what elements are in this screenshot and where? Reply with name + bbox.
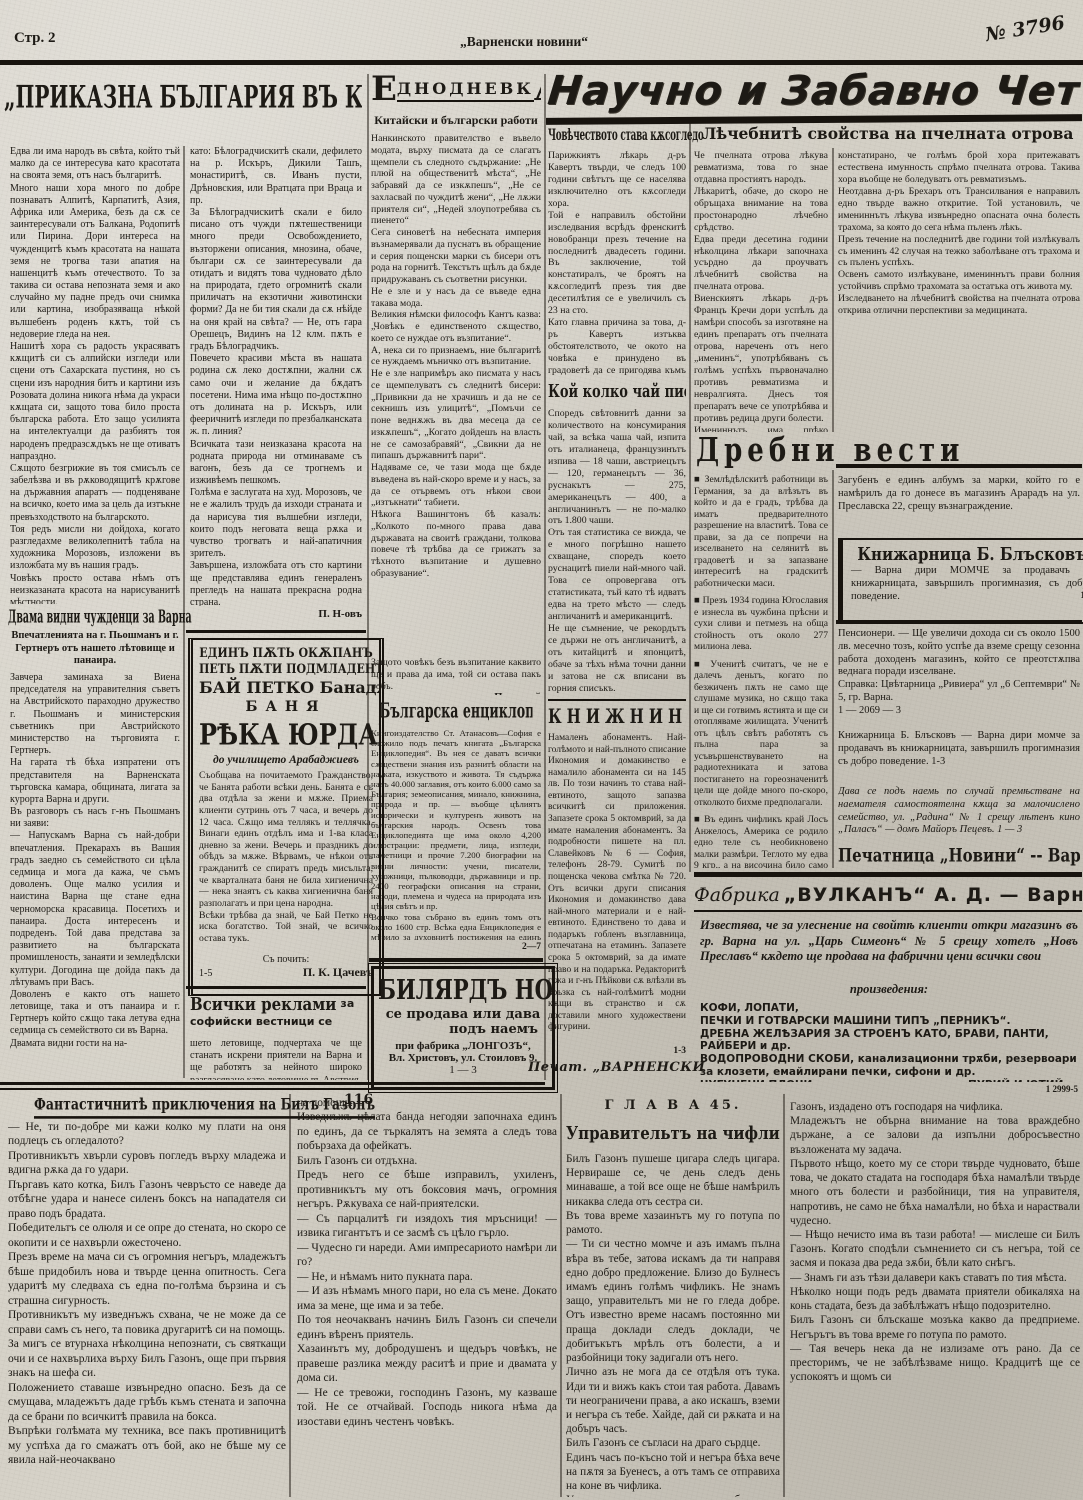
- ad-name: БАЙ ПЕТКО Банаджията: [199, 678, 373, 697]
- ad-body: Съобщава на почитаемото Гражданство, че …: [199, 770, 373, 954]
- serial-rule-top: [0, 1082, 545, 1085]
- notice-lead: Всички реклами: [190, 993, 336, 1015]
- ednodnevka-byline: Прометей: [371, 692, 541, 695]
- ad-run-tag: 1-5: [199, 968, 212, 979]
- ad-closing: Съ почить:: [199, 954, 373, 965]
- section-rule: [836, 464, 1082, 468]
- column-rule: [544, 74, 546, 1080]
- ad-signature: П. К. Цачевъ: [303, 965, 373, 980]
- ednodnevka-body: Нанкинското правителство е въвело модата…: [371, 133, 541, 655]
- ad-slogan-line-1: ЕДИНЪ ПѪТЬ ОКѪПАНЪ: [199, 645, 373, 661]
- ednodnevka-header: Е ДНОДНЕВК А: [371, 72, 541, 114]
- ad-title-reka-yurdan: РѢКА ЮРДАНЪ: [199, 717, 373, 752]
- section-rule: [694, 872, 1082, 877]
- column-rule: [832, 148, 834, 432]
- ednodnevka-mid: ДНОДНЕВК: [397, 79, 534, 102]
- ednodnevka-final: А: [534, 72, 541, 106]
- ad-title: „ВУЛКАНЪ“ А. Д. — Варна: [784, 884, 1082, 906]
- ad-slogan-line-2: ПЕТЬ ПѪТИ ПОДМЛАДЕНЪ: [199, 661, 373, 677]
- ad-title: БИЛЯРДЪ НОВЪ: [378, 973, 548, 1006]
- article-title: „ПРИКАЗНА БЪЛГАРИЯ ВЪ КАРТИНИ“: [4, 78, 362, 115]
- section-rule: [186, 986, 366, 989]
- article-title: Човѣчеството става кѫсогледо: [548, 126, 704, 145]
- column-rule: [689, 122, 691, 872]
- ad-line-2: се продава или дава: [378, 1007, 548, 1022]
- article-body: Книгоиздателство Ст. Атанасовъ—София е с…: [371, 728, 541, 940]
- section-rule: [186, 630, 366, 633]
- ednodnevka-initial: Е: [371, 72, 397, 106]
- ad-run-tag: 1-3: [548, 1046, 686, 1056]
- news-brief-item: ■ Въ единъ чифликъ край Лосъ Анжелосъ, А…: [694, 814, 828, 868]
- ad-line-3: подъ наемъ: [378, 1022, 548, 1037]
- section-rule: [836, 620, 1082, 624]
- pechatnica-novini-line: Печатница „Новини“ -- Варна: [838, 844, 1080, 867]
- article-title: Двама видни чужденци за Варна: [8, 606, 192, 627]
- article-body: Парижкиятъ лѣкарь д-ръ Кавертъ твърди, ч…: [548, 150, 686, 378]
- serial-column-2: на помощь. Изведнъжъ цѣлата банда негодя…: [297, 1096, 557, 1497]
- article-column-2: констатирано, че голѣмъ брой хора притеж…: [838, 150, 1080, 432]
- serial-chapter-title: Управительтъ на чифлика: [566, 1122, 780, 1144]
- ad-banya-word: БАНЯ: [199, 699, 373, 715]
- section-rule: [369, 958, 543, 962]
- ednodnevka-last-line: Защото човѣкъ безъ възпитание каквито ще…: [371, 657, 541, 692]
- column-rule: [783, 1094, 785, 1497]
- ad-title: Книжарница Б. Блъсковъ: [851, 543, 1083, 565]
- serial-column-4: Газонъ, издадено отъ господаря на чифлик…: [790, 1100, 1080, 1497]
- header-rule: [0, 60, 1083, 65]
- issue-number: № 3796: [984, 12, 1067, 46]
- section-banner-nauchno-zabavno-chetivo: Научно и Забавно Четиво: [546, 68, 1083, 114]
- ad-address: до училището Арабаджиевъ: [199, 754, 373, 766]
- ad-line-5: Вл. Христовъ, ул. Стоиловъ 9.: [378, 1052, 548, 1064]
- ad-run-tag: 1 — 3: [378, 1064, 548, 1076]
- ad-line-4: при фабрика „ЛОНГОЗЪ“,: [378, 1040, 548, 1052]
- column-rule: [560, 1094, 562, 1497]
- ad-intro-2: произведения:: [700, 982, 1078, 997]
- article-title: Лѣчебнитѣ свойства на пчелната отрова: [694, 124, 1082, 143]
- article-continuation: шето летовище, подчертаха че ще станатъ …: [190, 1038, 362, 1080]
- article-column-2: като: Бѣлоградчискитѣ скали, дефилето на…: [190, 146, 362, 606]
- column-rule: [832, 470, 834, 868]
- article-body: Споредъ свѣтовнитѣ данни за количеството…: [548, 408, 686, 694]
- column-rule: [289, 1094, 291, 1497]
- section-rule: [548, 699, 686, 701]
- serial-rule-bottom: [0, 1088, 545, 1090]
- page-number-label: Стр. 2: [14, 30, 56, 47]
- section-body: Намаленъ абонаментъ. Най-голѣмото и най-…: [548, 733, 686, 1047]
- news-briefs-list: ■ Землѣдѣлскитѣ работници въ Германия, з…: [694, 474, 828, 868]
- ad-title-prefix: Фабрика: [694, 884, 780, 906]
- article-column-1: Едва ли има народъ въ свѣта, който тъй м…: [10, 146, 180, 604]
- section-title: КНИЖНИНА: [548, 705, 686, 728]
- article-subtitle: Впечатленията на г. Пьошманъ и г. Гертне…: [10, 630, 180, 668]
- ad-product-line: ВОДОПРОВОДНИ СКОБИ, канализационни трѫби…: [700, 1053, 1078, 1079]
- article-column-1: Че пчелната отрова лѣкува ревматизма, то…: [694, 150, 828, 432]
- article-title: Кой колко чай пие: [548, 382, 686, 402]
- newspaper-page: Стр. 2 „Варненски новини“ № 3796 „ПРИКАЗ…: [0, 0, 1083, 1500]
- ad-products-list: КОФИ, ЛОПАТИ, ПЕЧКИ И ГОТВАРСКИ МАШИНИ Т…: [700, 1002, 1078, 1082]
- ad-product-line: ДРЕБНА ЖЕЛѢЗАРИЯ ЗА СТРОЕНЪ КАТО, БРАВИ,…: [700, 1028, 1078, 1054]
- classified-knizharnica-2: Книжарница Б. Блъсковъ — Варна дири момч…: [838, 730, 1080, 782]
- ednodnevka-subtitle: Китайски и български работи: [371, 113, 541, 128]
- news-brief-item: ■ Ученитѣ считатъ, че не е далечъ деньтъ…: [694, 659, 828, 809]
- classified-box-knizharnica: Книжарница Б. Блъсковъ — Варна дири МОМЧ…: [838, 538, 1083, 624]
- notice-vsichki-reklami: Всички реклами за софийски вестници се п…: [190, 993, 362, 1037]
- news-brief-item: ■ Землѣдѣлскитѣ работници въ Германия, з…: [694, 474, 828, 589]
- ad-run-tag: 2—7: [371, 942, 541, 952]
- serial-column-3: Билъ Газонъ пушеше цигара следъ цигара. …: [566, 1152, 780, 1497]
- ednodnevka-ending: Защото човѣкъ безъ възпитание каквито ще…: [371, 657, 541, 695]
- ad-product-line: КОФИ, ЛОПАТИ,: [700, 1002, 1078, 1015]
- classified-naem: Дава се подъ наемь по случай премѣстване…: [838, 786, 1080, 842]
- serial-chapter: Г Л А В А 45.: [566, 1098, 780, 1113]
- article-body: Завчера заминаха за Виена председателя н…: [10, 672, 180, 1076]
- classified-lost-album: Загубенъ е единъ албумъ за марки, който …: [838, 474, 1080, 532]
- ad-title-row: Фабрика „ВУЛКАНЪ“ А. Д. — Варна: [694, 884, 1082, 912]
- news-brief-item: ■ Презъ 1934 година Югославия е изнесла …: [694, 595, 828, 653]
- serial-column-1: — Не, ти по-добре ми кажи колко му плати…: [8, 1120, 286, 1497]
- ad-intro: Известява, че за улеснение на свойтѣ кли…: [700, 918, 1078, 980]
- article-title: Българска енциклопедия: [380, 700, 533, 723]
- ad-banya-reka-yurdan: ЕДИНЪ ПѪТЬ ОКѪПАНЪ ПЕТЬ ПѪТИ ПОДМЛАДЕНЪ …: [188, 638, 384, 996]
- ad-run-tag: 1 2999-5: [700, 1084, 1078, 1094]
- article-byline: П. Н-овъ: [190, 608, 362, 620]
- ad-signature-row: 1-5 П. К. Цачевъ: [199, 965, 373, 980]
- classified-pensioneri: Пенсионери. — Ще увеличи дохода си съ ок…: [838, 628, 1080, 726]
- ad-product-line: ПЕЧКИ И ГОТВАРСКИ МАШИНИ ТИПЪ „ПЕРНИКЪ“.: [700, 1015, 1078, 1028]
- pechat-varnenski-novini-line: Печат. „ВАРНЕНСКИ НОВИНИ“: [528, 1060, 708, 1075]
- masthead: „Варненски новини“: [460, 34, 588, 50]
- ad-product-line: ЧУГУНЕНИ ПЛОЧИ, крака и окари за мивки П…: [700, 1079, 1078, 1082]
